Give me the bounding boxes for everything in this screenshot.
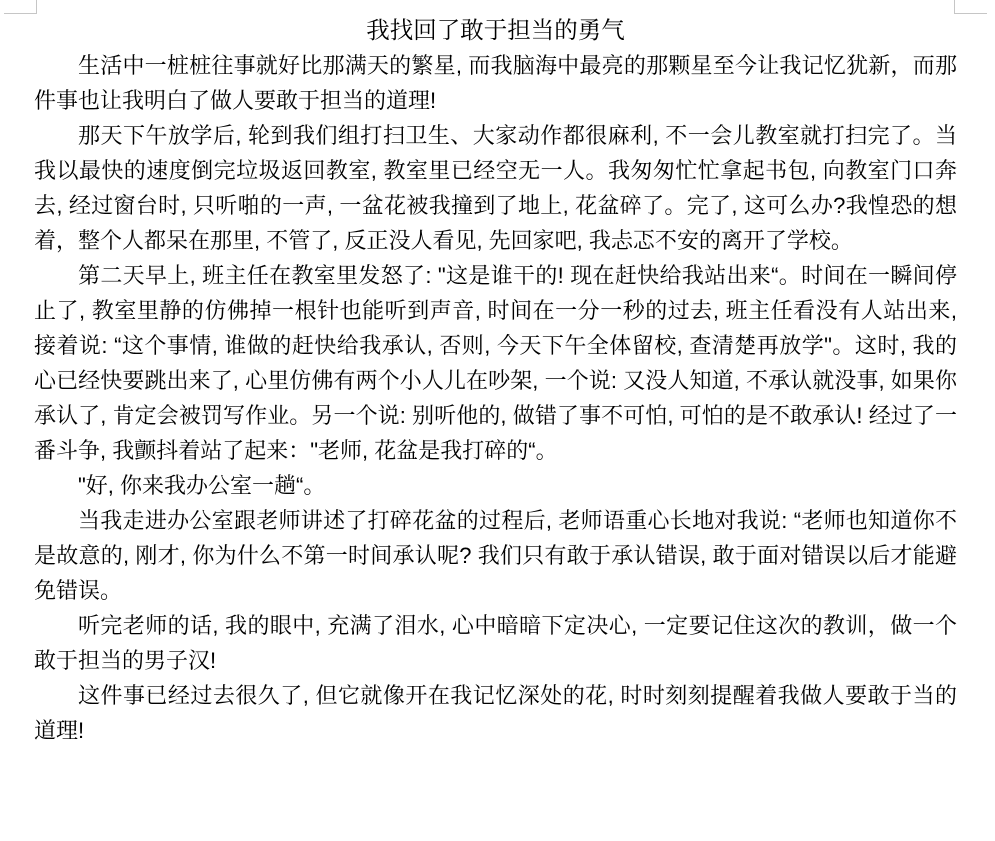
paragraph-conclusion: 这件事已经过去很久了, 但它就像开在我记忆深处的花, 时时刻刻提醒着我做人要敢于…	[34, 678, 957, 748]
paragraph-resolution: 听完老师的话, 我的眼中, 充满了泪水, 心中暗暗下定决心, 一定要记住这次的教…	[34, 608, 957, 678]
document-body: 我找回了敢于担当的勇气 生活中一桩桩往事就好比那满天的繁星, 而我脑海中最亮的那…	[34, 13, 957, 748]
paragraph-incident: 那天下午放学后, 轮到我们组打扫卫生、大家动作都很麻利, 不一会儿教室就打扫完了…	[34, 118, 957, 258]
margin-boundary-top-left-icon	[4, 0, 37, 14]
document-page: 我找回了敢于担当的勇气 生活中一桩桩往事就好比那满天的繁星, 而我脑海中最亮的那…	[0, 0, 995, 841]
paragraph-intro: 生活中一桩桩往事就好比那满天的繁星, 而我脑海中最亮的那颗星至今让我记忆犹新，而…	[34, 48, 957, 118]
document-title: 我找回了敢于担当的勇气	[34, 13, 957, 48]
margin-boundary-top-right-icon	[954, 0, 987, 14]
paragraph-office-talk: 当我走进办公室跟老师讲述了打碎花盆的过程后, 老师语重心长地对我说: “老师也知…	[34, 503, 957, 608]
paragraph-classroom-confrontation: 第二天早上, 班主任在教室里发怒了: "这是谁干的! 现在赶快给我站出来“。时间…	[34, 258, 957, 468]
paragraph-teacher-invite: "好, 你来我办公室一趟“。	[34, 468, 957, 503]
